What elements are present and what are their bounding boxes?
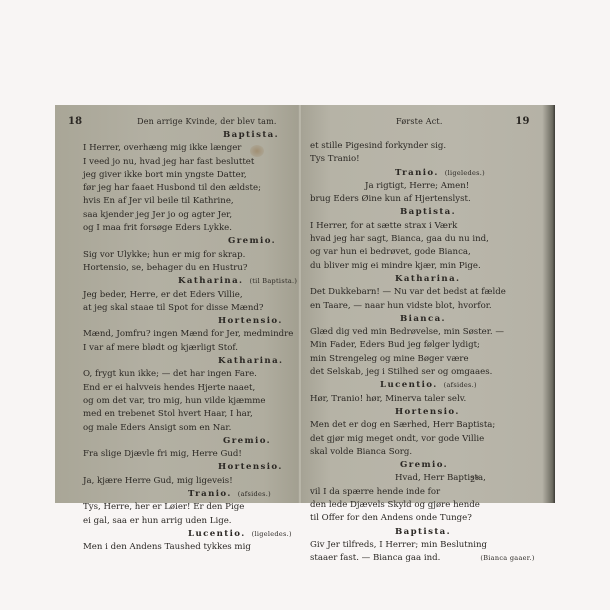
speaker-label: Lucentio. xyxy=(380,380,438,390)
right-page-header: Første Act. 19 xyxy=(396,116,530,127)
page-number: 18 xyxy=(68,116,82,127)
stage-direction: (til Baptista.) xyxy=(249,277,297,285)
verse-line: I Herrer, for at sætte strax i Værk xyxy=(310,220,545,233)
speaker-label: Tranio. xyxy=(395,168,439,178)
speaker-name: Hortensio. xyxy=(83,315,298,328)
speaker-name: Baptista. xyxy=(310,526,545,539)
verse-line: brug Eders Øine kun af Hjertenslyst. xyxy=(310,193,545,206)
line-text: til Offer for den Andens onde Tunge? xyxy=(310,513,472,523)
left-page-text: Baptista.I Herrer, overhæng mig ikke læn… xyxy=(83,129,298,555)
speaker-label: Baptista. xyxy=(400,207,456,217)
verse-line: Ja, kjære Herre Gud, mig ligeveis! xyxy=(83,475,298,488)
speaker-name: Baptista. xyxy=(83,129,298,142)
speaker-label: Gremio. xyxy=(228,236,276,246)
verse-line: skal volde Bianca Sorg. xyxy=(310,446,545,459)
signature-mark: 2* xyxy=(470,475,479,484)
line-text: det Selskab, jeg i Stilhed ser og omgaae… xyxy=(310,367,492,377)
right-page-text: et stille Pigesind forkynder sig.Tys Tra… xyxy=(310,140,545,566)
speaker-name: Gremio. xyxy=(83,435,298,448)
line-text: End er ei halvveis hendes Hjerte naaet, xyxy=(83,383,255,393)
verse-line: det Selskab, jeg i Stilhed ser og omgaae… xyxy=(310,366,545,379)
stage-direction: (afsides.) xyxy=(238,490,271,498)
line-text: du bliver mig ei mindre kjær, min Pige. xyxy=(310,261,481,271)
verse-line: og male Eders Ansigt som en Nar. xyxy=(83,422,298,435)
line-text: at jeg skal staae til Spot for disse Mæn… xyxy=(83,303,263,313)
line-text: Men i den Andens Taushed tykkes mig xyxy=(83,542,251,552)
speaker-label: Hortensio. xyxy=(218,462,283,472)
verse-line: I var af mere blødt og kjærligt Stof. xyxy=(83,342,298,355)
verse-line: Tys, Herre, her er Løier! Er den Pige xyxy=(83,501,298,514)
line-text: hvis En af Jer vil beile til Kathrine, xyxy=(83,196,234,206)
stage-direction: (Bianca gaaer.) xyxy=(480,554,534,562)
verse-line: vil I da spærre hende inde for xyxy=(310,486,545,499)
verse-line: at jeg skal staae til Spot for disse Mæn… xyxy=(83,302,298,315)
verse-line: O, frygt kun ikke; — det har ingen Fare. xyxy=(83,368,298,381)
verse-line: I veed jo nu, hvad jeg har fast beslutte… xyxy=(83,156,298,169)
line-text: Mænd, Jomfru? ingen Mænd for Jer, medmin… xyxy=(83,329,293,339)
speaker-label: Gremio. xyxy=(400,460,448,470)
verse-line: min Strengeleg og mine Bøger være xyxy=(310,353,545,366)
verse-line: saa kjender jeg Jer jo og agter Jer, xyxy=(83,209,298,222)
line-text: og om det var, tro mig, hun vilde kjæmme xyxy=(83,396,266,406)
stage-direction: (afsides.) xyxy=(444,381,477,389)
speaker-name: Katharina. xyxy=(310,273,545,286)
line-text: før jeg har faaet Husbond til den ældste… xyxy=(83,183,261,193)
running-head: Den arrige Kvinde, der blev tam. xyxy=(137,117,277,126)
line-text: I veed jo nu, hvad jeg har fast beslutte… xyxy=(83,157,254,167)
line-text: Ja rigtigt, Herre; Amen! xyxy=(365,181,469,191)
speaker-name: Lucentio.(afsides.) xyxy=(310,379,545,392)
verse-line: hvad jeg har sagt, Bianca, gaa du nu ind… xyxy=(310,233,545,246)
speaker-label: Hortensio. xyxy=(218,316,283,326)
verse-line: Ja rigtigt, Herre; Amen! xyxy=(310,180,545,193)
verse-line: jeg giver ikke bort min yngste Datter, xyxy=(83,169,298,182)
line-text: Hør, Tranio! hør, Minerva taler selv. xyxy=(310,394,466,404)
speaker-label: Baptista. xyxy=(223,130,279,140)
verse-line: en Taare, — naar hun vidste blot, hvorfo… xyxy=(310,300,545,313)
line-text: Min Fader, Eders Bud jeg følger lydigt; xyxy=(310,340,480,350)
line-text: vil I da spærre hende inde for xyxy=(310,487,440,497)
speaker-name: Gremio. xyxy=(310,459,545,472)
book-gutter xyxy=(298,105,302,503)
verse-line: Mænd, Jomfru? ingen Mænd for Jer, medmin… xyxy=(83,328,298,341)
verse-line: den lede Djævels Skyld og gjøre hende xyxy=(310,499,545,512)
verse-line: Fra slige Djævle fri mig, Herre Gud! xyxy=(83,448,298,461)
verse-line: Hør, Tranio! hør, Minerva taler selv. xyxy=(310,393,545,406)
line-text: og male Eders Ansigt som en Nar. xyxy=(83,423,231,433)
line-text: Tys Tranio! xyxy=(310,154,360,164)
line-text: Det Dukkebarn! — Nu var det bedst at fæl… xyxy=(310,287,506,297)
verse-line: til Offer for den Andens onde Tunge? xyxy=(310,512,545,525)
stage-direction: (ligeledes.) xyxy=(252,530,292,538)
verse-line: Sig vor Ulykke; hun er mig for skrap. xyxy=(83,249,298,262)
verse-line: og var hun ei bedrøvet, gode Bianca, xyxy=(310,246,545,259)
line-text: I Herrer, for at sætte strax i Værk xyxy=(310,221,457,231)
verse-line: End er ei halvveis hendes Hjerte naaet, xyxy=(83,382,298,395)
line-text: Tys, Herre, her er Løier! Er den Pige xyxy=(83,502,244,512)
verse-line: Hvad, Herr Baptista, xyxy=(310,472,545,485)
line-text: Sig vor Ulykke; hun er mig for skrap. xyxy=(83,250,245,260)
verse-line: staaer fast. — Bianca gaa ind.(Bianca ga… xyxy=(310,552,545,565)
left-page-header: 18 Den arrige Kvinde, der blev tam. xyxy=(68,116,277,127)
line-text: jeg giver ikke bort min yngste Datter, xyxy=(83,170,247,180)
verse-line: og om det var, tro mig, hun vilde kjæmme xyxy=(83,395,298,408)
speaker-name: Gremio. xyxy=(83,235,298,248)
verse-line: Glæd dig ved min Bedrøvelse, min Søster.… xyxy=(310,326,545,339)
speaker-name: Katharina. xyxy=(83,355,298,368)
verse-line: Hortensio, se, behager du en Hustru? xyxy=(83,262,298,275)
verse-line: Det Dukkebarn! — Nu var det bedst at fæl… xyxy=(310,286,545,299)
line-text: et stille Pigesind forkynder sig. xyxy=(310,141,446,151)
speaker-label: Lucentio. xyxy=(188,529,246,539)
line-text: O, frygt kun ikke; — det har ingen Fare. xyxy=(83,369,257,379)
line-text: Jeg beder, Herre, er det Eders Villie, xyxy=(83,290,243,300)
line-text: staaer fast. — Bianca gaa ind. xyxy=(310,553,440,563)
line-text: Glæd dig ved min Bedrøvelse, min Søster.… xyxy=(310,327,504,337)
line-text: og var hun ei bedrøvet, gode Bianca, xyxy=(310,247,471,257)
speaker-name: Tranio.(afsides.) xyxy=(83,488,298,501)
line-text: skal volde Bianca Sorg. xyxy=(310,447,412,457)
line-text: ei gal, saa er hun arrig uden Lige. xyxy=(83,516,232,526)
speaker-label: Bianca. xyxy=(400,314,446,324)
line-text: det gjør mig meget ondt, vor gode Villie xyxy=(310,434,484,444)
speaker-name: Hortensio. xyxy=(310,406,545,419)
verse-line: Giv Jer tilfreds, I Herrer; min Beslutni… xyxy=(310,539,545,552)
verse-line: et stille Pigesind forkynder sig. xyxy=(310,140,545,153)
line-text: hvad jeg har sagt, Bianca, gaa du nu ind… xyxy=(310,234,489,244)
speaker-label: Hortensio. xyxy=(395,407,460,417)
speaker-name: Bianca. xyxy=(310,313,545,326)
verse-line: med en trebenet Stol hvert Haar, I har, xyxy=(83,408,298,421)
speaker-name: Katharina.(til Baptista.) xyxy=(83,275,298,288)
verse-line: hvis En af Jer vil beile til Kathrine, xyxy=(83,195,298,208)
line-text: I var af mere blødt og kjærligt Stof. xyxy=(83,343,238,353)
verse-line: ei gal, saa er hun arrig uden Lige. xyxy=(83,515,298,528)
verse-line: det gjør mig meget ondt, vor gode Villie xyxy=(310,433,545,446)
line-text: Men det er dog en Særhed, Herr Baptista; xyxy=(310,420,495,430)
line-text: saa kjender jeg Jer jo og agter Jer, xyxy=(83,210,232,220)
speaker-label: Baptista. xyxy=(395,527,451,537)
line-text: og I maa frit forsøge Eders Lykke. xyxy=(83,223,232,233)
speaker-label: Katharina. xyxy=(218,356,283,366)
running-head: Første Act. xyxy=(396,117,443,126)
speaker-name: Tranio.(ligeledes.) xyxy=(310,167,545,180)
verse-line: Tys Tranio! xyxy=(310,153,545,166)
speaker-name: Hortensio. xyxy=(83,461,298,474)
speaker-label: Katharina. xyxy=(178,276,243,286)
page-number: 19 xyxy=(515,116,529,127)
line-text: Giv Jer tilfreds, I Herrer; min Beslutni… xyxy=(310,540,487,550)
speaker-label: Gremio. xyxy=(223,436,271,446)
line-text: Ja, kjære Herre Gud, mig ligeveis! xyxy=(83,476,233,486)
left-page: 18 Den arrige Kvinde, der blev tam. Bapt… xyxy=(55,105,300,503)
verse-line: Men i den Andens Taushed tykkes mig xyxy=(83,541,298,554)
stage-direction: (ligeledes.) xyxy=(445,169,485,177)
speaker-label: Tranio. xyxy=(188,489,232,499)
verse-line: før jeg har faaet Husbond til den ældste… xyxy=(83,182,298,195)
speaker-name: Lucentio.(ligeledes.) xyxy=(83,528,298,541)
speaker-label: Katharina. xyxy=(395,274,460,284)
line-text: den lede Djævels Skyld og gjøre hende xyxy=(310,500,480,510)
line-text: min Strengeleg og mine Bøger være xyxy=(310,354,469,364)
verse-line: I Herrer, overhæng mig ikke længer xyxy=(83,142,298,155)
right-page: Første Act. 19 et stille Pigesind forkyn… xyxy=(300,105,555,503)
open-book: 18 Den arrige Kvinde, der blev tam. Bapt… xyxy=(55,105,555,503)
line-text: Fra slige Djævle fri mig, Herre Gud! xyxy=(83,449,242,459)
line-text: brug Eders Øine kun af Hjertenslyst. xyxy=(310,194,471,204)
line-text: med en trebenet Stol hvert Haar, I har, xyxy=(83,409,253,419)
verse-line: Jeg beder, Herre, er det Eders Villie, xyxy=(83,289,298,302)
line-text: I Herrer, overhæng mig ikke længer xyxy=(83,143,241,153)
verse-line: Men det er dog en Særhed, Herr Baptista; xyxy=(310,419,545,432)
line-text: Hortensio, se, behager du en Hustru? xyxy=(83,263,248,273)
verse-line: og I maa frit forsøge Eders Lykke. xyxy=(83,222,298,235)
verse-line: du bliver mig ei mindre kjær, min Pige. xyxy=(310,260,545,273)
speaker-name: Baptista. xyxy=(310,206,545,219)
verse-line: Min Fader, Eders Bud jeg følger lydigt; xyxy=(310,339,545,352)
line-text: en Taare, — naar hun vidste blot, hvorfo… xyxy=(310,301,492,311)
